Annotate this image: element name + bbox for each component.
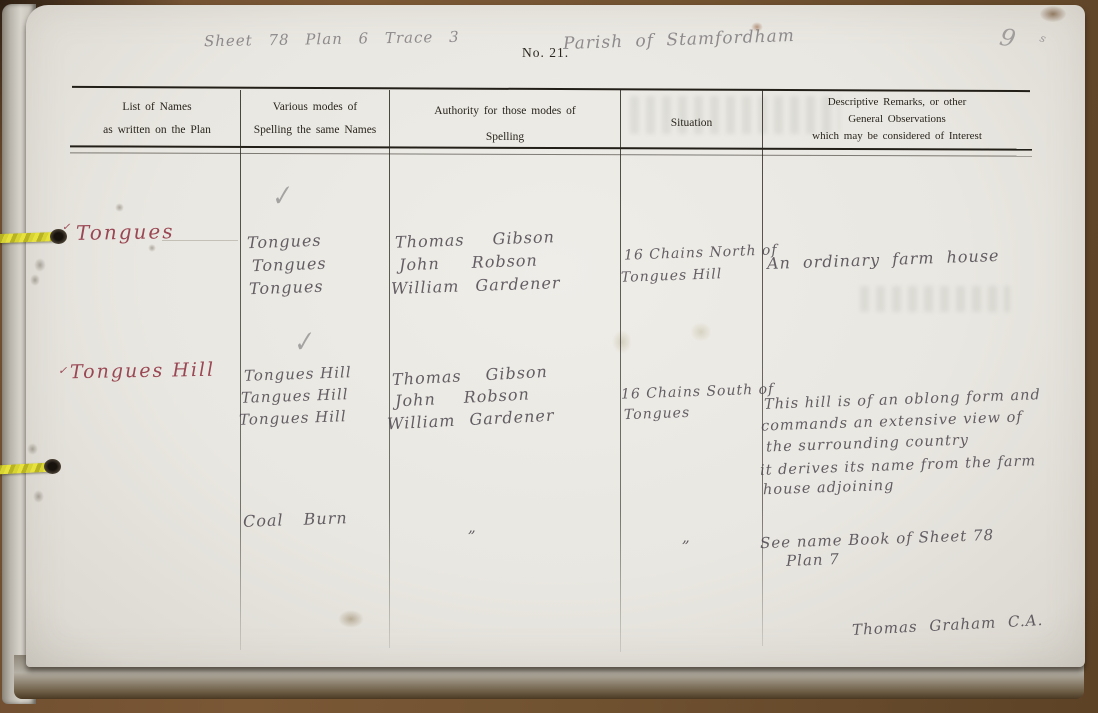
column-header-line: List of Names bbox=[122, 101, 191, 113]
row1-spelling: Tongues bbox=[249, 277, 324, 299]
paper-dent bbox=[30, 274, 40, 286]
row1-guide-line bbox=[162, 240, 238, 241]
paper-dent bbox=[148, 244, 156, 252]
row2-situation-line: Tongues bbox=[624, 405, 691, 423]
paper-dent bbox=[115, 203, 124, 212]
row2-check-mark: ✓ bbox=[58, 364, 68, 377]
row2-spelling: Tongues Hill bbox=[239, 407, 347, 429]
paper-dent bbox=[33, 490, 44, 503]
row2-spelling: Tangues Hill bbox=[241, 385, 349, 407]
paper-dent bbox=[27, 443, 38, 455]
stain-spot bbox=[1040, 6, 1066, 22]
column-divider-2 bbox=[389, 90, 390, 648]
column-header-line: Situation bbox=[671, 117, 713, 129]
stain-spot bbox=[612, 330, 632, 354]
form-number-label: No. 21. bbox=[522, 45, 569, 61]
binding-hole-bottom bbox=[44, 459, 61, 474]
paper-dent bbox=[34, 258, 46, 272]
row3-remark-line: Plan 7 bbox=[786, 550, 840, 570]
column-header-line: Spelling bbox=[486, 131, 524, 143]
row1-check-mark: ✓ bbox=[62, 222, 71, 233]
ink-bleed-through bbox=[860, 286, 1010, 312]
column-divider-4 bbox=[762, 90, 763, 646]
column-header-line: which may be considered of Interest bbox=[812, 130, 982, 142]
row2-spelling: Tongues Hill bbox=[244, 363, 352, 385]
row1-plan-name: Tongues bbox=[76, 219, 175, 245]
column-header-line: Spelling the same Names bbox=[254, 124, 377, 136]
row1-spelling: Tongues bbox=[247, 231, 322, 253]
row1-spelling: Tongues bbox=[252, 254, 327, 276]
column-header-authority: Authority for those modes of Spelling bbox=[393, 98, 617, 150]
column-header-spellings: Various modes of Spelling the same Names bbox=[244, 96, 386, 142]
column-header-line: General Observations bbox=[848, 113, 946, 125]
column-header-line: Various modes of bbox=[273, 101, 358, 113]
stain-spot bbox=[690, 322, 712, 342]
column-divider-1 bbox=[240, 90, 241, 650]
column-header-line: Authority for those modes of bbox=[434, 105, 576, 117]
row3-spelling: Coal Burn bbox=[243, 508, 348, 531]
column-header-names: List of Names as written on the Plan bbox=[78, 96, 236, 142]
row3-authority-ditto: „ bbox=[468, 518, 477, 536]
column-header-situation: Situation bbox=[624, 112, 759, 135]
column-header-line: as written on the Plan bbox=[103, 124, 211, 136]
column-header-remarks: Descriptive Remarks, or other General Ob… bbox=[766, 94, 1028, 145]
column-divider-3 bbox=[620, 90, 621, 652]
row2-plan-name: Tongues Hill bbox=[70, 359, 215, 384]
column-header-line: Descriptive Remarks, or other bbox=[828, 96, 967, 108]
name-book-photo: Sheet 78 Plan 6 Trace 3 No. 21. Parish o… bbox=[0, 0, 1098, 713]
row3-situation-ditto: „ bbox=[682, 528, 691, 546]
stain-spot bbox=[338, 610, 364, 628]
